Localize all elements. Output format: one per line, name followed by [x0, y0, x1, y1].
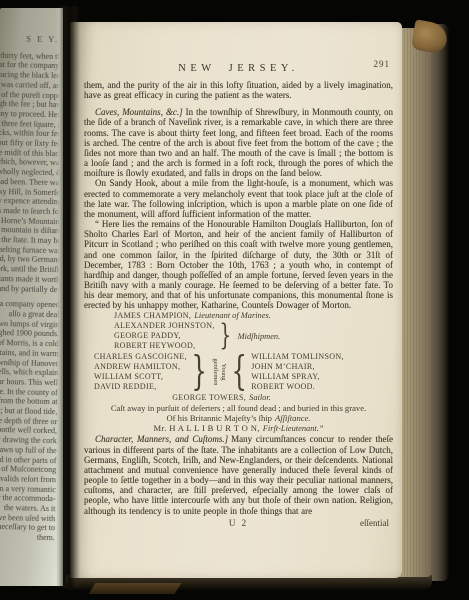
catchword: eſſential [360, 518, 389, 528]
caves-section-heading: Caves, Mountains, &c.] [95, 107, 183, 117]
left-page-text-upper: thirty feet, when the too great for the … [0, 50, 63, 295]
paragraph-text: Many circumſtances concur to render theſ… [84, 434, 393, 515]
gutter-shadow [56, 6, 80, 588]
paragraph-text: “ Here lies the remains of the Honourabl… [84, 219, 393, 310]
running-header: NEW JERSEY. 291 [84, 58, 393, 71]
paragraph-text: them, and the purity of the air in this … [84, 80, 393, 100]
paragraph-continuation: them, and the purity of the air in this … [84, 80, 393, 100]
page-stack-fore-edge [398, 28, 431, 577]
champion-line: JAMES CHAMPION,Lieutenant of Marines. [114, 311, 393, 321]
midshipmen-names: ALEXANDER JOHNSTON, GEORGE PADDY, ROBERT… [114, 321, 215, 351]
young-gentlemen-rotated-label: Young gentlemen [212, 351, 227, 393]
page-footer: U 2 eſſential [84, 518, 393, 530]
champion-name: JAMES CHAMPION, [114, 311, 191, 320]
left-page-text-lower: a company opened alſo a great deal Two l… [0, 298, 60, 543]
left-brace: { [231, 349, 247, 395]
left-page-fragment: S E Y. thirty feet, when the too great f… [0, 8, 63, 586]
left-page-text: S E Y. thirty feet, when the too great f… [0, 33, 63, 543]
paragraph-text: On Sandy Hook, about a mile from the lig… [84, 178, 393, 218]
monument-names-block: JAMES CHAMPION,Lieutenant of Marines. AL… [84, 311, 393, 434]
left-page-running-header: S E Y. [0, 33, 63, 45]
right-brace: } [219, 320, 231, 354]
ship-line-prefix: Of his Britannic Majeſty’s ſhip [166, 413, 272, 423]
young-gentlemen-left-names: CHARLES GASCOIGNE, ANDREW HAMILTON, WILL… [94, 352, 187, 392]
paragraph-inscription: “ Here lies the remains of the Honourabl… [84, 219, 393, 310]
character-section-heading: Character, Manners, and Cuſtoms.] [95, 434, 228, 444]
towers-line: GEORGE TOWERS,Sailor. [84, 393, 359, 403]
ship-line: Of his Britannic Majeſty’s ſhipAſſiſtanc… [84, 413, 393, 423]
midshipmen-label: Midſhipmen. [238, 332, 281, 341]
halliburton-name: Mr. H A L L I B U R T O N, [154, 423, 260, 433]
right-page: NEW JERSEY. 291 them, and the purity of … [70, 22, 402, 578]
right-brace: } [191, 349, 207, 395]
ship-name: Aſſiſtance. [275, 413, 311, 423]
page-title: NEW JERSEY. [178, 63, 298, 74]
book-photograph: { "left_page": { "header_fragment": "S E… [0, 0, 469, 600]
halliburton-role: Firſt-Lieutenant.” [263, 424, 324, 433]
midshipmen-group: ALEXANDER JOHNSTON, GEORGE PADDY, ROBERT… [114, 321, 393, 351]
young-gentlemen-right-names: WILLIAM TOMLINSON, JOHN M’CHAIR, WILLIAM… [251, 352, 344, 392]
halliburton-line: Mr. H A L L I B U R T O N,Firſt-Lieutena… [84, 423, 393, 434]
paragraph-caves: Caves, Mountains, &c.]In the townſhip of… [84, 107, 393, 178]
paragraph-text: In the townſhip of Shrewſbury, in Monmou… [84, 107, 393, 178]
castaway-line: Caſt away in purſuit of deſerters ; all … [84, 403, 393, 413]
book-bottom-corner [89, 583, 182, 594]
signature-mark: U 2 [84, 518, 393, 528]
paragraph-sandy-hook: On Sandy Hook, about a mile from the lig… [84, 178, 393, 219]
champion-role: Lieutenant of Marines. [194, 311, 271, 320]
young-gentlemen-group: CHARLES GASCOIGNE, ANDREW HAMILTON, WILL… [94, 351, 393, 393]
towers-role: Sailor. [249, 393, 271, 402]
page-number: 291 [374, 59, 391, 69]
paragraph-character-manners: Character, Manners, and Cuſtoms.]Many ci… [84, 434, 393, 515]
